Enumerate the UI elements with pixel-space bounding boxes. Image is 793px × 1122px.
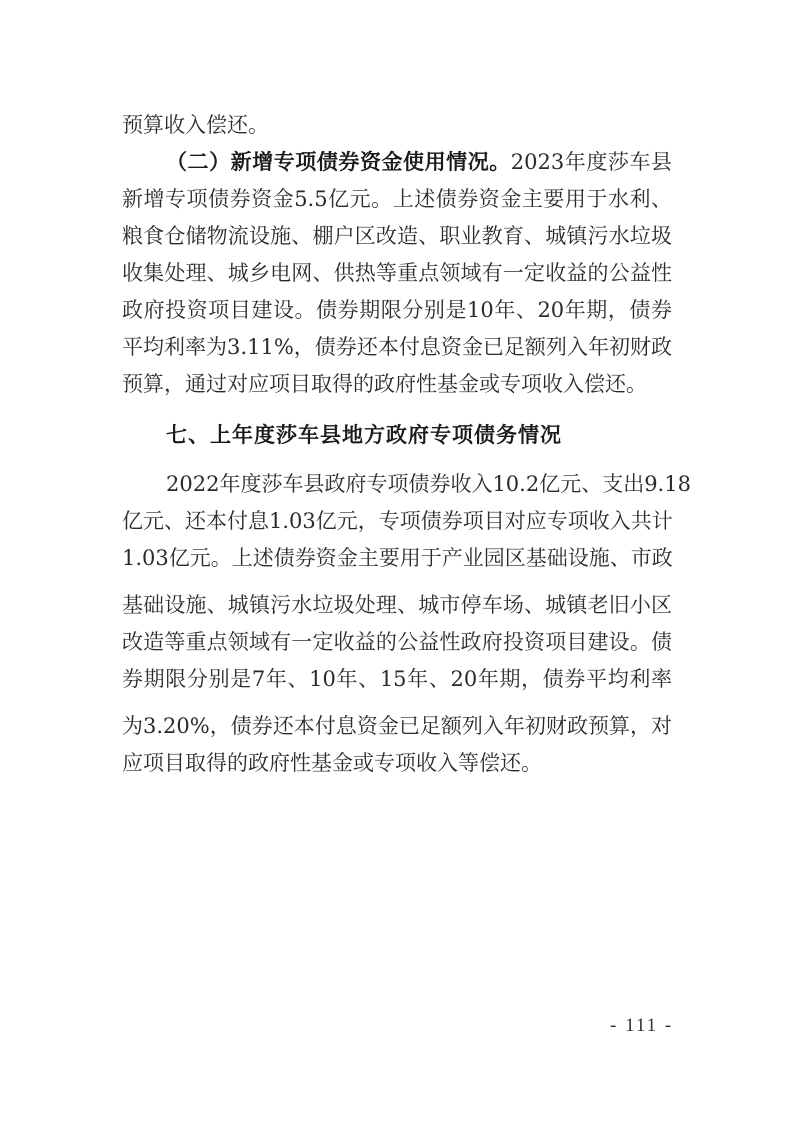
line-text: 2023年度莎车县 xyxy=(511,150,672,174)
body-line: 1.03亿元。上述债券资金主要用于产业园区基础设施、市政 xyxy=(122,543,672,573)
body-line: 为3.20%，债券还本付息资金已足额列入年初财政预算，对 xyxy=(122,711,672,741)
body-line: 基础设施、城镇污水垃圾处理、城市停车场、城镇老旧小区 xyxy=(122,590,672,620)
line-text: 预算，通过对应项目取得的政府性基金或专项收入偿还。 xyxy=(122,372,647,396)
line-text: 2022年度莎车县政府专项债券收入10.2亿元、支出9.18 xyxy=(166,472,691,496)
line-text: 预算收入偿还。 xyxy=(122,113,269,137)
body-line: 亿元、还本付息1.03亿元，专项债券项目对应专项收入共计 xyxy=(122,506,672,536)
body-line: 应项目取得的政府性基金或专项收入等偿还。 xyxy=(122,748,672,778)
line-text: 券期限分别是7年、10年、15年、20年期，债券平均利率 xyxy=(122,667,672,691)
subsection-title: （二）新增专项债券资金使用情况。 xyxy=(166,150,511,174)
body-line: 改造等重点领域有一定收益的公益性政府投资项目建设。债 xyxy=(122,627,672,657)
document-page: 预算收入偿还。 （二）新增专项债券资金使用情况。2023年度莎车县 新增专项债券… xyxy=(0,0,793,1122)
body-line: 粮食仓储物流设施、棚户区改造、职业教育、城镇污水垃圾 xyxy=(122,221,672,251)
line-text: 基础设施、城镇污水垃圾处理、城市停车场、城镇老旧小区 xyxy=(122,593,672,617)
line-text: 新增专项债券资金5.5亿元。上述债券资金主要用于水利、 xyxy=(122,187,672,211)
body-line: 政府投资项目建设。债券期限分别是10年、20年期，债券 xyxy=(122,295,672,325)
line-text: 政府投资项目建设。债券期限分别是10年、20年期，债券 xyxy=(122,298,672,322)
line-text: 1.03亿元。上述债券资金主要用于产业园区基础设施、市政 xyxy=(122,546,673,570)
body-line: 平均利率为3.11%，债券还本付息资金已足额列入年初财政 xyxy=(122,332,672,362)
body-line: 预算收入偿还。 xyxy=(122,110,672,140)
body-line: 2022年度莎车县政府专项债券收入10.2亿元、支出9.18 xyxy=(166,469,672,499)
body-line: 预算，通过对应项目取得的政府性基金或专项收入偿还。 xyxy=(122,369,672,399)
line-text: 亿元、还本付息1.03亿元，专项债券项目对应专项收入共计 xyxy=(122,509,673,533)
page-number: - 111 - xyxy=(610,1015,673,1037)
line-text: 粮食仓储物流设施、棚户区改造、职业教育、城镇污水垃圾 xyxy=(122,224,672,248)
line-text: 应项目取得的政府性基金或专项收入等偿还。 xyxy=(122,751,542,775)
line-text: 改造等重点领域有一定收益的公益性政府投资项目建设。债 xyxy=(122,630,672,654)
body-line: 新增专项债券资金5.5亿元。上述债券资金主要用于水利、 xyxy=(122,184,672,214)
section-heading: 七、上年度莎车县地方政府专项债务情况 xyxy=(166,420,562,450)
subsection-line: （二）新增专项债券资金使用情况。2023年度莎车县 xyxy=(166,147,672,177)
line-text: 平均利率为3.11%，债券还本付息资金已足额列入年初财政 xyxy=(122,335,672,359)
line-text: 为3.20%，债券还本付息资金已足额列入年初财政预算，对 xyxy=(122,714,672,738)
body-line: 收集处理、城乡电网、供热等重点领域有一定收益的公益性 xyxy=(122,258,672,288)
line-text: 收集处理、城乡电网、供热等重点领域有一定收益的公益性 xyxy=(122,261,672,285)
body-line: 券期限分别是7年、10年、15年、20年期，债券平均利率 xyxy=(122,664,672,694)
